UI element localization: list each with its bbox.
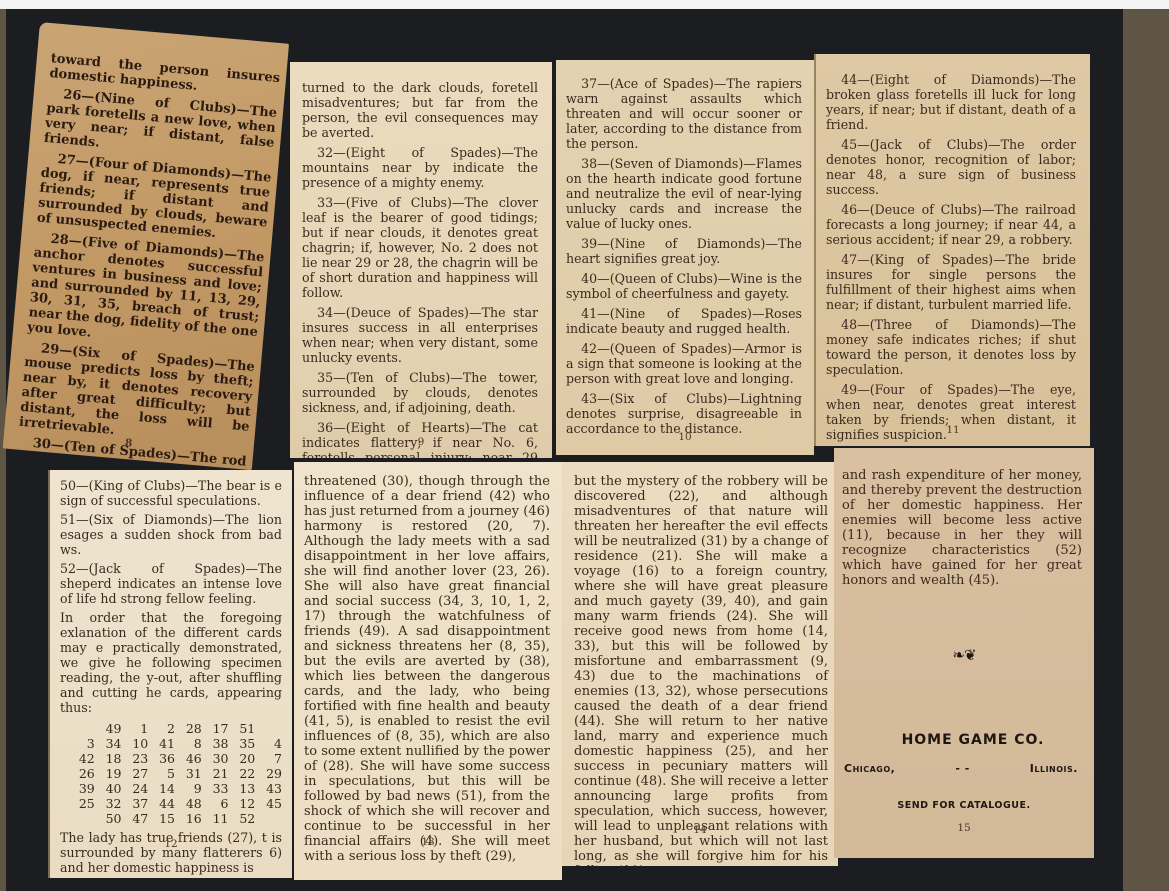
specimen-card-number: 14 xyxy=(148,781,175,796)
specimen-card-number: 32 xyxy=(95,796,122,811)
specimen-card-number: 49 xyxy=(95,721,122,736)
specimen-card-number: 15 xyxy=(148,811,175,826)
specimen-row: 3341041838354 xyxy=(68,736,282,751)
paragraph: 32—(Eight of Spades)—The mountains near … xyxy=(302,145,538,190)
paragraph: 50—(King of Clubs)—The bear is e sign of… xyxy=(60,478,282,508)
page-text: and rash expenditure of her money, and t… xyxy=(842,468,1082,588)
publisher-state: Illinois. xyxy=(1030,761,1078,776)
specimen-card-number: 43 xyxy=(255,781,282,796)
specimen-card-number: 12 xyxy=(229,796,256,811)
specimen-card-number: 25 xyxy=(68,796,95,811)
page-text: 37—(Ace of Spades)—The rapiers warn agai… xyxy=(566,76,802,436)
specimen-card-number: 52 xyxy=(229,811,256,826)
specimen-card-number: 9 xyxy=(175,781,202,796)
specimen-card-number: 31 xyxy=(175,766,202,781)
booklet-page-8: toward the person insures domestic happi… xyxy=(3,22,289,470)
specimen-card-number: 38 xyxy=(202,736,229,751)
page-number: 11 xyxy=(816,423,1090,438)
specimen-card-number xyxy=(255,811,282,826)
specimen-row: 4912281751 xyxy=(68,721,282,736)
page-text: threatened (30), though through the infl… xyxy=(304,474,550,864)
specimen-card-number: 48 xyxy=(175,796,202,811)
paragraph: 44—(Eight of Diamonds)—The broken glass … xyxy=(826,72,1076,132)
paragraph: In order that the foregoing exlanation o… xyxy=(60,610,282,715)
page-text: 44—(Eight of Diamonds)—The broken glass … xyxy=(826,72,1076,442)
publisher-location: Chicago, - - Illinois. xyxy=(834,761,1094,776)
paragraph: 41—(Nine of Spades)—Roses indicate beaut… xyxy=(566,306,802,336)
booklet-page-10: 37—(Ace of Spades)—The rapiers warn agai… xyxy=(556,60,814,455)
location-separator: - - xyxy=(955,761,969,776)
page-number: 12 xyxy=(50,837,292,852)
specimen-card-number: 36 xyxy=(148,751,175,766)
page-number: 13 xyxy=(294,835,562,850)
specimen-card-number: 46 xyxy=(175,751,202,766)
specimen-card-number: 39 xyxy=(68,781,95,796)
specimen-card-number: 28 xyxy=(175,721,202,736)
specimen-card-number: 23 xyxy=(122,751,149,766)
page-text: but the mystery of the robbery will be d… xyxy=(574,474,828,866)
booklet-page-11: 44—(Eight of Diamonds)—The broken glass … xyxy=(814,54,1090,446)
publisher-imprint: HOME GAME CO. Chicago, - - Illinois. SEN… xyxy=(834,733,1094,813)
page-text: toward the person insures domestic happi… xyxy=(11,51,281,470)
paragraph: 33—(Five of Clubs)—The clover leaf is th… xyxy=(302,195,538,300)
paragraph: 45—(Jack of Clubs)—The order denotes hon… xyxy=(826,137,1076,197)
specimen-card-number: 1 xyxy=(122,721,149,736)
page-number: 9 xyxy=(290,435,552,450)
specimen-card-number: 6 xyxy=(202,796,229,811)
booklet-page-12: 50—(King of Clubs)—The bear is e sign of… xyxy=(48,470,292,878)
specimen-row: 421823364630207 xyxy=(68,751,282,766)
specimen-card-number: 51 xyxy=(229,721,256,736)
specimen-card-number: 47 xyxy=(122,811,149,826)
specimen-card-number: 7 xyxy=(255,751,282,766)
specimen-row: 504715161152 xyxy=(68,811,282,826)
paragraph: 52—(Jack of Spades)—The sheperd indicate… xyxy=(60,561,282,606)
specimen-card-number: 33 xyxy=(202,781,229,796)
specimen-card-number: 16 xyxy=(175,811,202,826)
specimen-card-number: 44 xyxy=(148,796,175,811)
booklet-page-14: but the mystery of the robbery will be d… xyxy=(562,462,838,866)
specimen-row: 253237444861245 xyxy=(68,796,282,811)
specimen-card-number: 4 xyxy=(255,736,282,751)
paragraph: 37—(Ace of Spades)—The rapiers warn agai… xyxy=(566,76,802,151)
specimen-card-number: 8 xyxy=(175,736,202,751)
specimen-card-number: 26 xyxy=(68,766,95,781)
specimen-card-number xyxy=(68,811,95,826)
paragraph: 42—(Queen of Spades)—Armor is a sign tha… xyxy=(566,341,802,386)
paragraph: 51—(Six of Diamonds)—The lion esages a s… xyxy=(60,512,282,557)
specimen-card-number: 22 xyxy=(229,766,256,781)
specimen-card-number xyxy=(255,721,282,736)
paragraph: 28—(Five of Diamonds)—The anchor denotes… xyxy=(27,230,265,355)
specimen-card-number xyxy=(68,721,95,736)
specimen-card-number: 21 xyxy=(202,766,229,781)
paragraph: but the mystery of the robbery will be d… xyxy=(574,474,828,866)
specimen-card-number: 11 xyxy=(202,811,229,826)
specimen-card-number: 13 xyxy=(229,781,256,796)
specimen-card-number: 5 xyxy=(148,766,175,781)
specimen-card-number: 50 xyxy=(95,811,122,826)
paragraph: 39—(Nine of Diamonds)—The heart signifie… xyxy=(566,236,802,266)
page-text: turned to the dark clouds, foretell misa… xyxy=(302,80,538,458)
specimen-card-number: 10 xyxy=(122,736,149,751)
paragraph: 47—(King of Spades)—The bride insures fo… xyxy=(826,252,1076,312)
fleuron-ornament-icon: ❧❦ xyxy=(834,648,1094,663)
specimen-row: 261927531212229 xyxy=(68,766,282,781)
specimen-card-number: 19 xyxy=(95,766,122,781)
booklet-page-13: threatened (30), though through the infl… xyxy=(294,462,562,880)
specimen-card-number: 2 xyxy=(148,721,175,736)
specimen-card-layout: 4912281751334104183835442182336463020726… xyxy=(68,721,282,826)
paragraph: 34—(Deuce of Spades)—The star insures su… xyxy=(302,305,538,365)
specimen-card-number: 45 xyxy=(255,796,282,811)
paragraph: 27—(Four of Diamonds)—The dog, if near, … xyxy=(36,151,272,246)
paragraph: and rash expenditure of her money, and t… xyxy=(842,468,1082,588)
page-number: 15 xyxy=(834,821,1094,836)
specimen-card-number: 40 xyxy=(95,781,122,796)
specimen-card-number: 29 xyxy=(255,766,282,781)
specimen-card-number: 37 xyxy=(122,796,149,811)
page-number: 14 xyxy=(562,823,838,838)
publisher-name: HOME GAME CO. xyxy=(834,733,1094,748)
paragraph: 46—(Deuce of Clubs)—The railroad forecas… xyxy=(826,202,1076,247)
specimen-card-number: 42 xyxy=(68,751,95,766)
specimen-card-number: 41 xyxy=(148,736,175,751)
specimen-row: 394024149331343 xyxy=(68,781,282,796)
specimen-card-number: 3 xyxy=(68,736,95,751)
publisher-city: Chicago, xyxy=(844,761,895,776)
paragraph: turned to the dark clouds, foretell misa… xyxy=(302,80,538,140)
specimen-card-number: 24 xyxy=(122,781,149,796)
specimen-card-number: 35 xyxy=(229,736,256,751)
paragraph: 48—(Three of Diamonds)—The money safe in… xyxy=(826,317,1076,377)
specimen-card-number: 30 xyxy=(202,751,229,766)
specimen-card-number: 34 xyxy=(95,736,122,751)
page-text-before: 50—(King of Clubs)—The bear is e sign of… xyxy=(60,478,282,715)
paragraph: 40—(Queen of Clubs)—Wine is the symbol o… xyxy=(566,271,802,301)
specimen-card-number: 17 xyxy=(202,721,229,736)
page-number: 10 xyxy=(556,430,814,445)
catalogue-note: SEND FOR CATALOGUE. xyxy=(834,798,1094,813)
specimen-card-number: 27 xyxy=(122,766,149,781)
paragraph: threatened (30), though through the infl… xyxy=(304,474,550,864)
booklet-page-15: and rash expenditure of her money, and t… xyxy=(834,448,1094,858)
specimen-card-number: 20 xyxy=(229,751,256,766)
paragraph: 38—(Seven of Diamonds)—Flames on the hea… xyxy=(566,156,802,231)
specimen-card-number: 18 xyxy=(95,751,122,766)
booklet-page-9: turned to the dark clouds, foretell misa… xyxy=(290,62,552,458)
paragraph: 35—(Ten of Clubs)—The tower, surrounded … xyxy=(302,370,538,415)
